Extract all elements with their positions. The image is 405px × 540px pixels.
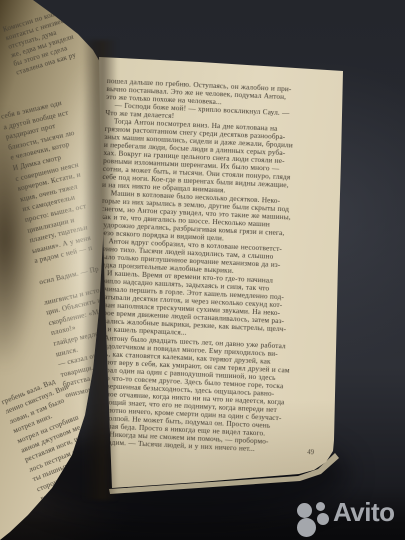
- avito-watermark: Avito: [295, 496, 405, 540]
- gutter-shadow: [82, 40, 118, 500]
- left-page-text-top: Комиссии по конконтакты с неизвесотступа…: [2, 7, 80, 78]
- page-number: 49: [300, 449, 314, 457]
- avito-wordmark: Avito: [333, 497, 395, 528]
- right-page-text: пошел дальше по гребню. Оступаясь, он жа…: [90, 77, 332, 456]
- avito-logo-dot: [317, 513, 329, 525]
- avito-logo-dot: [297, 503, 312, 518]
- avito-logo-dot: [297, 518, 316, 537]
- book-photo: Комиссии по конконтакты с неизвесотступа…: [0, 0, 405, 540]
- avito-logo-dot: [316, 502, 325, 511]
